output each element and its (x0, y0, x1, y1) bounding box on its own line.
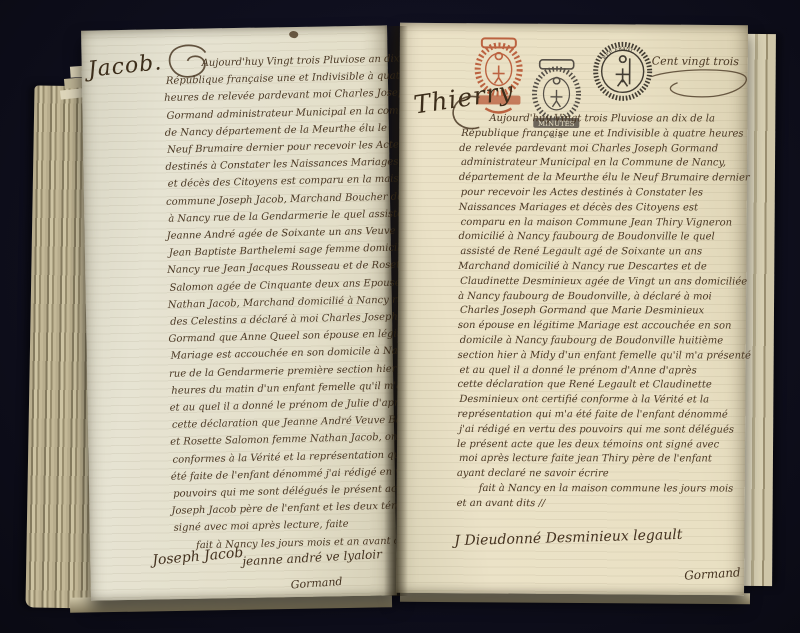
manuscript-line: département de la Meurthe élu le Neuf Br… (459, 171, 757, 186)
manuscript-line: et au quel il a donné le prénom d'Anne d… (460, 364, 756, 379)
manuscript-line: assisté de René Legault agé de Soixante … (460, 245, 756, 260)
manuscript-line: représentation qui m'a été faite de l'en… (457, 408, 755, 423)
manuscript-line: pour recevoir les Actes destinés à Const… (461, 186, 757, 201)
ink-blot (288, 30, 299, 40)
manuscript-line: cette déclaration que René Legault et Cl… (457, 378, 755, 393)
manuscript-line: Aujourd'huy Vingt trois Pluviose an dix … (459, 112, 757, 127)
manuscript-line: Claudinette Desminieux agée de Vingt un … (460, 275, 756, 290)
manuscript-line: son épouse en légitime Mariage est accou… (458, 319, 756, 334)
manuscript-line: République française une et Indivisible … (461, 127, 757, 142)
manuscript-line: moi après lecture faite jean Thiry père … (459, 452, 755, 467)
manuscript-line: Marchand domicilié à Nancy rue Descartes… (458, 260, 756, 275)
page-number-flourish-icon (643, 66, 755, 107)
manuscript-line: fait à Nancy en la maison commune les jo… (459, 482, 755, 497)
manuscript-line: à Nancy faubourg de Boudonville, à décla… (458, 290, 756, 305)
manuscript-line: ayant declaré ne savoir écrire (457, 467, 755, 482)
signature-gormand-right: Gormand (684, 565, 741, 583)
manuscript-line: domicile à Nancy faubourg de Boudonville… (460, 334, 756, 349)
manuscript-line: de relevée pardevant moi Charles Joseph … (459, 142, 757, 157)
manuscript-line: comparu en la maison Commune Jean Thiry … (461, 216, 757, 231)
manuscript-line: et an avant dits // (457, 497, 755, 512)
right-page-act-text: Aujourd'huy Vingt trois Pluviose an dix … (457, 111, 758, 513)
manuscript-line: section hier à Midy d'un enfant femelle … (458, 349, 756, 364)
signature-gormand-left: Gormand (290, 575, 343, 592)
manuscript-line: administrateur Municipal en la Commune d… (461, 156, 757, 171)
manuscript-line: Desminieux ont certifié conforme à la Vé… (459, 393, 755, 408)
manuscript-line: le présent acte que les deux témoins ont… (457, 438, 755, 453)
manuscript-line: Charles Joseph Gormand que Marie Desmini… (460, 304, 756, 319)
photo-of-open-register-book: Jacob. Aujourd'huy Vingt trois Pluviose … (0, 0, 800, 633)
left-margin-surname: Jacob. (87, 50, 164, 83)
manuscript-line: Naissances Mariages et décès des Citoyen… (459, 201, 757, 216)
right-page: MINUTES 8. 5 REP. FRANC. Cent vingt troi… (396, 23, 748, 595)
signature-joseph-jacob: Joseph Jacob (152, 545, 244, 569)
manuscript-line: domicilié à Nancy faubourg de Boudonvill… (458, 230, 756, 245)
signature-desminieux-legault: J Dieudonné Desminieux legault (454, 527, 682, 549)
left-page: Jacob. Aujourd'huy Vingt trois Pluviose … (81, 25, 397, 600)
manuscript-line: j'ai rédigé en vertu des pouvoirs qui me… (459, 423, 755, 438)
left-page-act-text: Aujourd'huy Vingt trois Pluviose an dix … (163, 51, 396, 554)
